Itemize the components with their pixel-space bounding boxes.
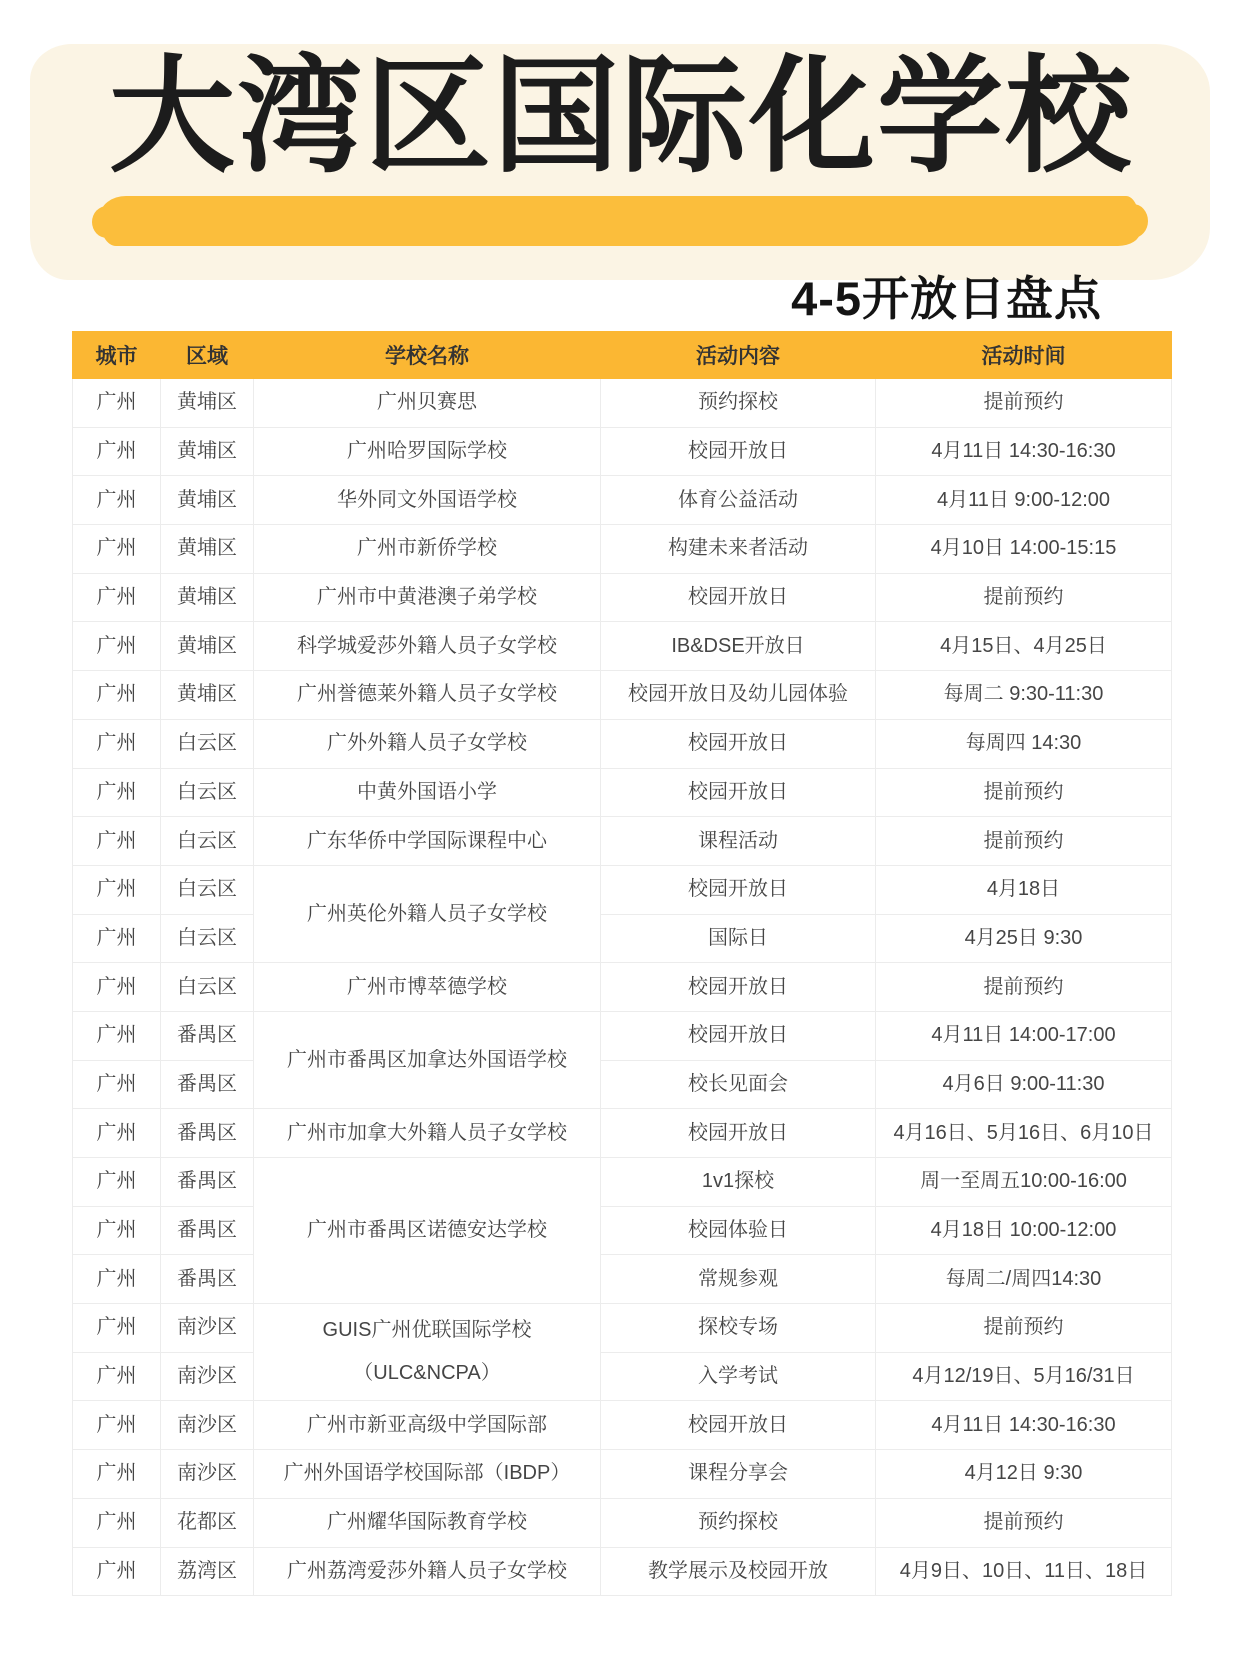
poster-page: 大湾区国际化学校 4-5开放日盘点 城市区域学校名称活动内容活动时间 广州黄埔区…	[0, 0, 1242, 1656]
cell-district: 荔湾区	[161, 1547, 254, 1596]
cell-activity: 校园开放日	[601, 573, 876, 622]
table-row: 广州黄埔区广州哈罗国际学校校园开放日4月11日 14:30-16:30	[73, 427, 1172, 476]
cell-activity: 国际日	[601, 914, 876, 963]
table-row: 广州白云区广州英伦外籍人员子女学校校园开放日4月18日	[73, 865, 1172, 914]
table-row: 广州黄埔区广州市新侨学校构建未来者活动4月10日 14:00-15:15	[73, 525, 1172, 574]
cell-school: 广州市博萃德学校	[254, 963, 601, 1012]
header-row: 城市区域学校名称活动内容活动时间	[73, 332, 1172, 379]
cell-district: 白云区	[161, 719, 254, 768]
cell-time: 4月11日 14:30-16:30	[876, 1401, 1172, 1450]
cell-activity: 构建未来者活动	[601, 525, 876, 574]
cell-district: 番禺区	[161, 1158, 254, 1207]
cell-school: 广州耀华国际教育学校	[254, 1498, 601, 1547]
cell-school: GUIS广州优联国际学校（ULC&NCPA）	[254, 1304, 601, 1401]
cell-school: 广州市新亚高级中学国际部	[254, 1401, 601, 1450]
cell-school: 中黄外国语小学	[254, 768, 601, 817]
cell-district: 南沙区	[161, 1450, 254, 1499]
title-block: 大湾区国际化学校	[0, 48, 1242, 248]
cell-activity: 课程活动	[601, 817, 876, 866]
table-row: 广州番禺区校长见面会4月6日 9:00-11:30	[73, 1060, 1172, 1109]
cell-city: 广州	[73, 865, 161, 914]
cell-district: 南沙区	[161, 1352, 254, 1401]
cell-school-line2: （ULC&NCPA）	[258, 1360, 596, 1387]
cell-time: 4月11日 14:00-17:00	[876, 1011, 1172, 1060]
cell-activity: 校园开放日	[601, 1109, 876, 1158]
cell-time: 提前预约	[876, 1498, 1172, 1547]
cell-activity: 校园开放日	[601, 768, 876, 817]
cell-district: 白云区	[161, 817, 254, 866]
cell-activity: 校园开放日	[601, 427, 876, 476]
cell-school: 广州哈罗国际学校	[254, 427, 601, 476]
table-row: 广州荔湾区广州荔湾爱莎外籍人员子女学校教学展示及校园开放4月9日、10日、11日…	[73, 1547, 1172, 1596]
cell-activity: 课程分享会	[601, 1450, 876, 1499]
table-row: 广州南沙区广州外国语学校国际部（IBDP）课程分享会4月12日 9:30	[73, 1450, 1172, 1499]
cell-district: 白云区	[161, 865, 254, 914]
table-row: 广州南沙区入学考试4月12/19日、5月16/31日	[73, 1352, 1172, 1401]
table-header: 城市区域学校名称活动内容活动时间	[73, 332, 1172, 379]
cell-time: 提前预约	[876, 379, 1172, 428]
page-title: 大湾区国际化学校	[0, 48, 1242, 187]
cell-school: 广州市加拿大外籍人员子女学校	[254, 1109, 601, 1158]
cell-city: 广州	[73, 1109, 161, 1158]
cell-city: 广州	[73, 817, 161, 866]
table-row: 广州黄埔区科学城爱莎外籍人员子女学校IB&DSE开放日4月15日、4月25日	[73, 622, 1172, 671]
cell-school: 广州市番禺区加拿达外国语学校	[254, 1011, 601, 1108]
table-row: 广州番禺区广州市番禺区诺德安达学校1v1探校周一至周五10:00-16:00	[73, 1158, 1172, 1207]
cell-activity: 校园开放日	[601, 963, 876, 1012]
cell-activity: 教学展示及校园开放	[601, 1547, 876, 1596]
table-row: 广州白云区广东华侨中学国际课程中心课程活动提前预约	[73, 817, 1172, 866]
cell-activity: 校园开放日	[601, 1401, 876, 1450]
cell-district: 番禺区	[161, 1011, 254, 1060]
column-header: 区域	[161, 332, 254, 379]
cell-school: 广州外国语学校国际部（IBDP）	[254, 1450, 601, 1499]
table-row: 广州番禺区广州市加拿大外籍人员子女学校校园开放日4月16日、5月16日、6月10…	[73, 1109, 1172, 1158]
cell-city: 广州	[73, 476, 161, 525]
cell-time: 4月16日、5月16日、6月10日	[876, 1109, 1172, 1158]
cell-time: 4月11日 9:00-12:00	[876, 476, 1172, 525]
table-row: 广州番禺区常规参观每周二/周四14:30	[73, 1255, 1172, 1304]
cell-district: 白云区	[161, 768, 254, 817]
cell-time: 4月15日、4月25日	[876, 622, 1172, 671]
cell-city: 广州	[73, 1011, 161, 1060]
cell-school: 广州荔湾爱莎外籍人员子女学校	[254, 1547, 601, 1596]
cell-time: 周一至周五10:00-16:00	[876, 1158, 1172, 1207]
cell-city: 广州	[73, 914, 161, 963]
table-row: 广州黄埔区广州贝赛思预约探校提前预约	[73, 379, 1172, 428]
cell-time: 4月9日、10日、11日、18日	[876, 1547, 1172, 1596]
cell-time: 4月10日 14:00-15:15	[876, 525, 1172, 574]
cell-time: 提前预约	[876, 817, 1172, 866]
cell-activity: IB&DSE开放日	[601, 622, 876, 671]
cell-activity: 预约探校	[601, 379, 876, 428]
column-header: 学校名称	[254, 332, 601, 379]
cell-city: 广州	[73, 1498, 161, 1547]
cell-city: 广州	[73, 1547, 161, 1596]
table-row: 广州花都区广州耀华国际教育学校预约探校提前预约	[73, 1498, 1172, 1547]
cell-district: 黄埔区	[161, 476, 254, 525]
cell-district: 番禺区	[161, 1060, 254, 1109]
cell-time: 4月6日 9:00-11:30	[876, 1060, 1172, 1109]
cell-city: 广州	[73, 622, 161, 671]
cell-activity: 体育公益活动	[601, 476, 876, 525]
cell-time: 每周四 14:30	[876, 719, 1172, 768]
cell-district: 黄埔区	[161, 622, 254, 671]
column-header: 城市	[73, 332, 161, 379]
cell-activity: 探校专场	[601, 1304, 876, 1353]
cell-school: 广东华侨中学国际课程中心	[254, 817, 601, 866]
cell-city: 广州	[73, 671, 161, 720]
cell-activity: 1v1探校	[601, 1158, 876, 1207]
cell-city: 广州	[73, 427, 161, 476]
table-row: 广州黄埔区华外同文外国语学校体育公益活动4月11日 9:00-12:00	[73, 476, 1172, 525]
column-header: 活动内容	[601, 332, 876, 379]
cell-city: 广州	[73, 573, 161, 622]
cell-city: 广州	[73, 379, 161, 428]
cell-district: 黄埔区	[161, 671, 254, 720]
cell-time: 4月18日 10:00-12:00	[876, 1206, 1172, 1255]
cell-city: 广州	[73, 1158, 161, 1207]
cell-district: 花都区	[161, 1498, 254, 1547]
cell-school: 广州贝赛思	[254, 379, 601, 428]
cell-activity: 校园开放日及幼儿园体验	[601, 671, 876, 720]
table-row: 广州南沙区广州市新亚高级中学国际部校园开放日4月11日 14:30-16:30	[73, 1401, 1172, 1450]
title-highlight-stroke	[100, 196, 1140, 246]
cell-school: 广州誉德莱外籍人员子女学校	[254, 671, 601, 720]
cell-city: 广州	[73, 719, 161, 768]
cell-city: 广州	[73, 1352, 161, 1401]
cell-district: 番禺区	[161, 1109, 254, 1158]
cell-district: 南沙区	[161, 1401, 254, 1450]
cell-time: 4月12日 9:30	[876, 1450, 1172, 1499]
cell-time: 4月12/19日、5月16/31日	[876, 1352, 1172, 1401]
cell-school: 广外外籍人员子女学校	[254, 719, 601, 768]
table-row: 广州白云区中黄外国语小学校园开放日提前预约	[73, 768, 1172, 817]
cell-district: 黄埔区	[161, 573, 254, 622]
cell-city: 广州	[73, 768, 161, 817]
cell-district: 南沙区	[161, 1304, 254, 1353]
cell-district: 黄埔区	[161, 525, 254, 574]
table-row: 广州白云区广外外籍人员子女学校校园开放日每周四 14:30	[73, 719, 1172, 768]
cell-activity: 入学考试	[601, 1352, 876, 1401]
cell-school: 科学城爱莎外籍人员子女学校	[254, 622, 601, 671]
cell-time: 提前预约	[876, 963, 1172, 1012]
table-row: 广州白云区广州市博萃德学校校园开放日提前预约	[73, 963, 1172, 1012]
cell-time: 提前预约	[876, 1304, 1172, 1353]
cell-district: 白云区	[161, 963, 254, 1012]
cell-activity: 预约探校	[601, 1498, 876, 1547]
cell-school: 广州英伦外籍人员子女学校	[254, 865, 601, 962]
table-row: 广州番禺区广州市番禺区加拿达外国语学校校园开放日4月11日 14:00-17:0…	[73, 1011, 1172, 1060]
cell-activity: 常规参观	[601, 1255, 876, 1304]
cell-city: 广州	[73, 1255, 161, 1304]
cell-time: 提前预约	[876, 573, 1172, 622]
cell-district: 番禺区	[161, 1255, 254, 1304]
cell-activity: 校园开放日	[601, 1011, 876, 1060]
cell-city: 广州	[73, 525, 161, 574]
cell-city: 广州	[73, 1060, 161, 1109]
cell-time: 4月11日 14:30-16:30	[876, 427, 1172, 476]
cell-time: 4月18日	[876, 865, 1172, 914]
cell-city: 广州	[73, 1206, 161, 1255]
table-body: 广州黄埔区广州贝赛思预约探校提前预约广州黄埔区广州哈罗国际学校校园开放日4月11…	[73, 379, 1172, 1596]
cell-activity: 校园开放日	[601, 719, 876, 768]
cell-district: 番禺区	[161, 1206, 254, 1255]
cell-activity: 校园开放日	[601, 865, 876, 914]
cell-school: 广州市新侨学校	[254, 525, 601, 574]
cell-district: 黄埔区	[161, 427, 254, 476]
cell-time: 提前预约	[876, 768, 1172, 817]
cell-activity: 校长见面会	[601, 1060, 876, 1109]
cell-city: 广州	[73, 1304, 161, 1353]
cell-school: 广州市中黄港澳子弟学校	[254, 573, 601, 622]
cell-district: 黄埔区	[161, 379, 254, 428]
cell-school: 华外同文外国语学校	[254, 476, 601, 525]
table-row: 广州南沙区GUIS广州优联国际学校（ULC&NCPA）探校专场提前预约	[73, 1304, 1172, 1353]
cell-time: 4月25日 9:30	[876, 914, 1172, 963]
cell-time: 每周二/周四14:30	[876, 1255, 1172, 1304]
table-row: 广州番禺区校园体验日4月18日 10:00-12:00	[73, 1206, 1172, 1255]
page-subtitle: 4-5开放日盘点	[791, 262, 1102, 329]
cell-school: 广州市番禺区诺德安达学校	[254, 1158, 601, 1304]
cell-city: 广州	[73, 963, 161, 1012]
cell-time: 每周二 9:30-11:30	[876, 671, 1172, 720]
schools-table: 城市区域学校名称活动内容活动时间 广州黄埔区广州贝赛思预约探校提前预约广州黄埔区…	[72, 331, 1172, 1596]
cell-city: 广州	[73, 1401, 161, 1450]
table-row: 广州白云区国际日4月25日 9:30	[73, 914, 1172, 963]
cell-district: 白云区	[161, 914, 254, 963]
table-row: 广州黄埔区广州市中黄港澳子弟学校校园开放日提前预约	[73, 573, 1172, 622]
table-row: 广州黄埔区广州誉德莱外籍人员子女学校校园开放日及幼儿园体验每周二 9:30-11…	[73, 671, 1172, 720]
cell-activity: 校园体验日	[601, 1206, 876, 1255]
column-header: 活动时间	[876, 332, 1172, 379]
cell-city: 广州	[73, 1450, 161, 1499]
